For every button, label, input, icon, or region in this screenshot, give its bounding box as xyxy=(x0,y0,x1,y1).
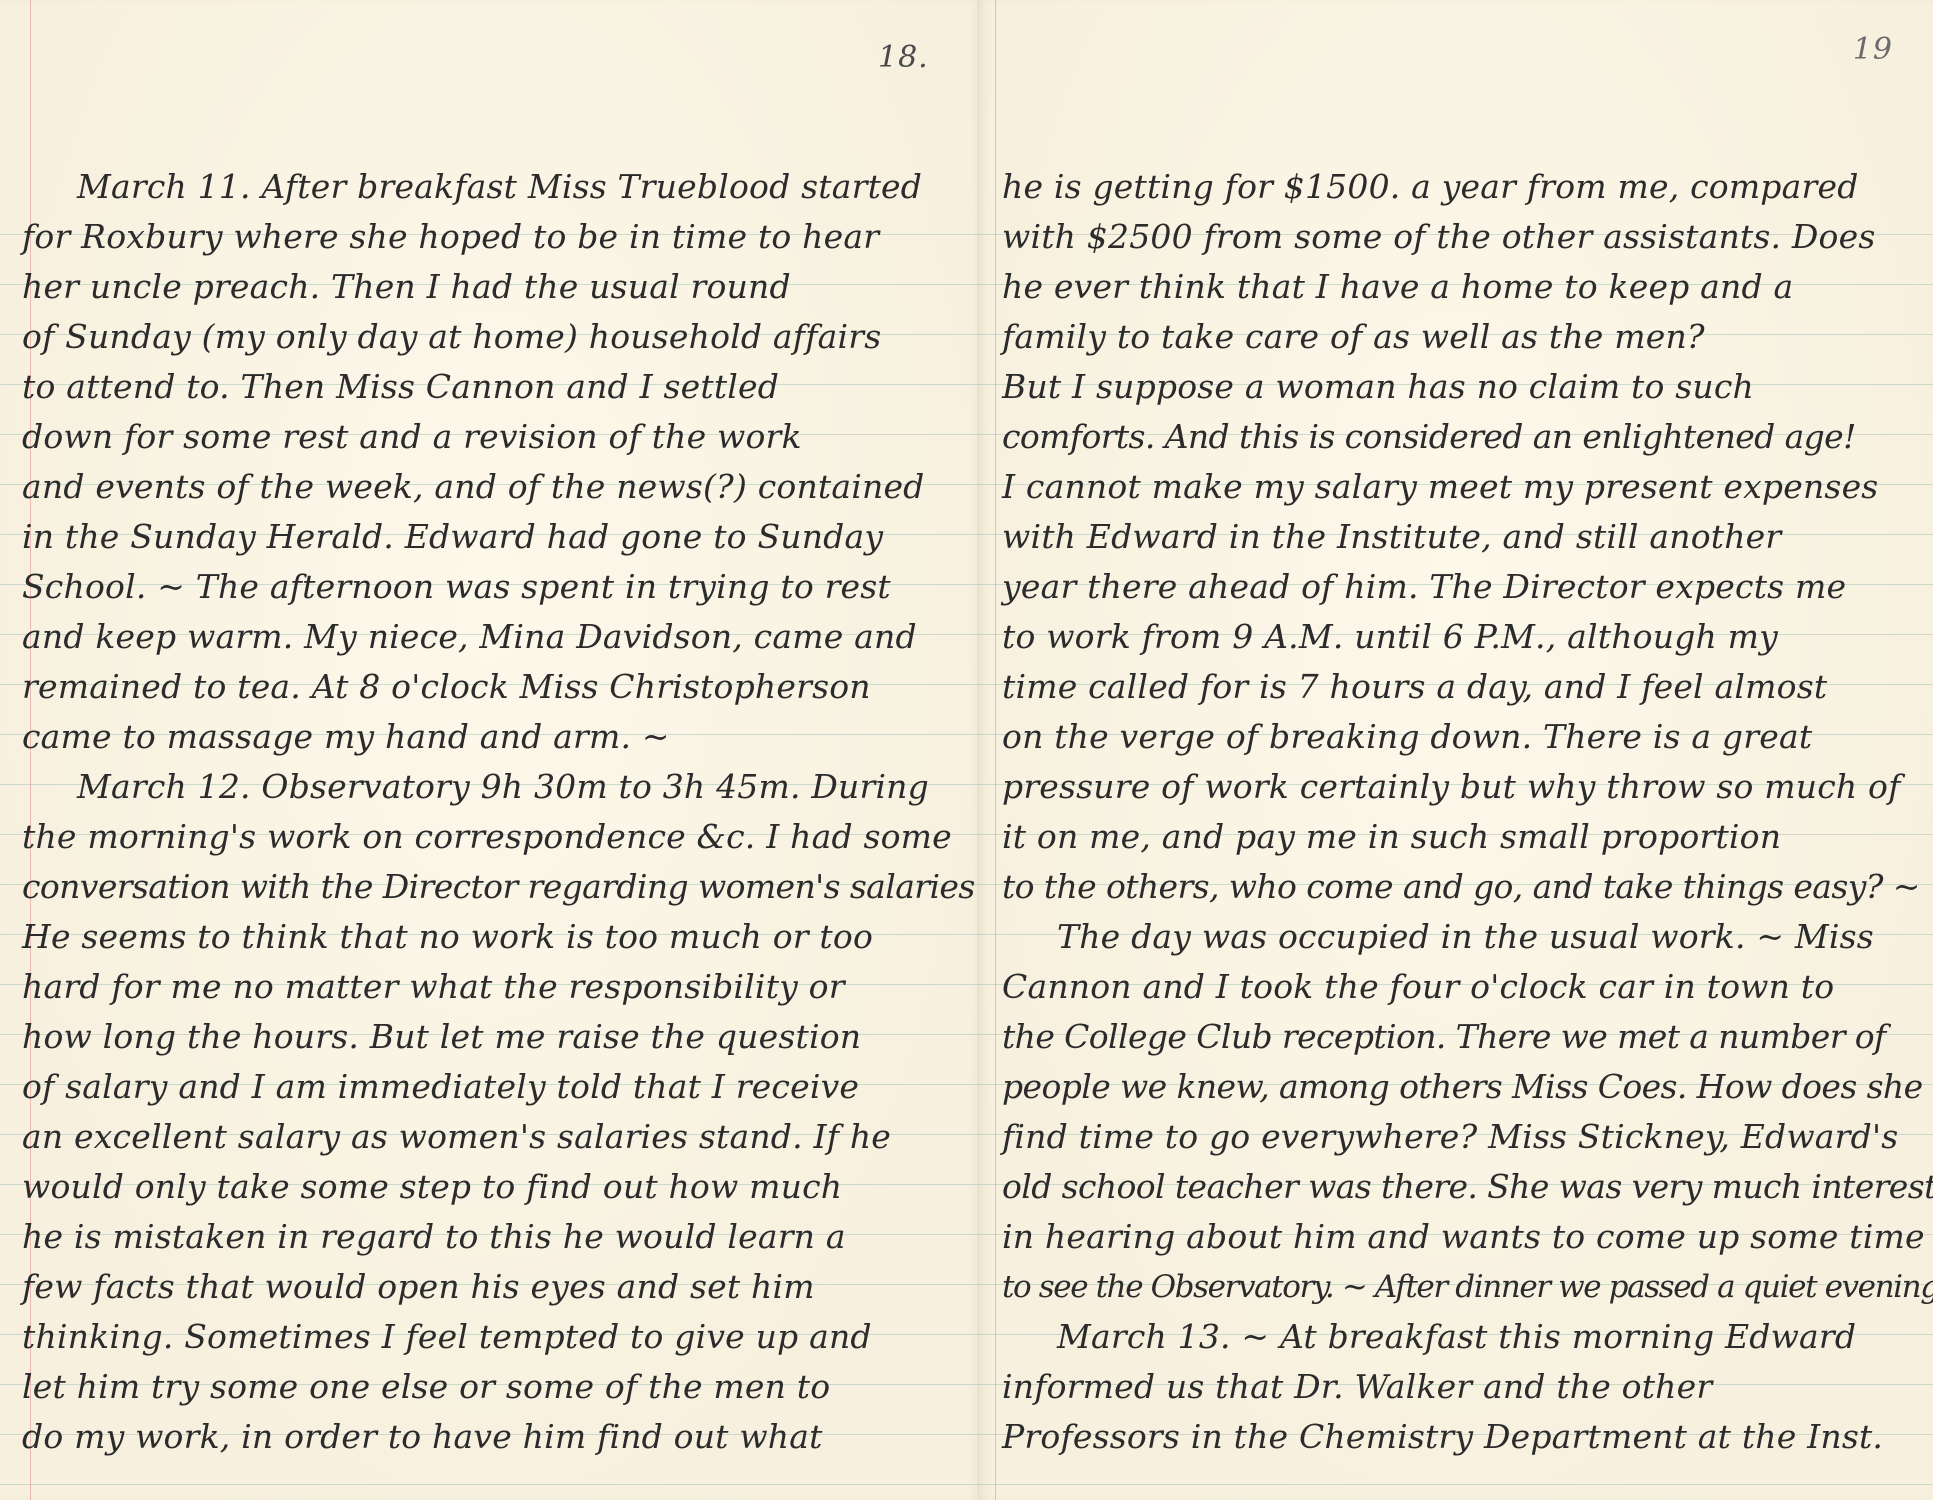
text-line: and keep warm. My niece, Mina Davidson, … xyxy=(22,612,972,662)
text-line: hard for me no matter what the responsib… xyxy=(22,962,972,1012)
text-line: with Edward in the Institute, and still … xyxy=(1002,512,1927,562)
text-line: her uncle preach. Then I had the usual r… xyxy=(22,262,972,312)
text-line: the College Club reception. There we met… xyxy=(1002,1012,1927,1062)
text-line: I cannot make my salary meet my present … xyxy=(1002,462,1927,512)
text-line: with $2500 from some of the other assist… xyxy=(1002,212,1927,262)
text-line: of Sunday (my only day at home) househol… xyxy=(22,312,972,362)
text-line: conversation with the Director regarding… xyxy=(22,862,972,912)
text-line: remained to tea. At 8 o'clock Miss Chris… xyxy=(22,662,972,712)
text-line: find time to go everywhere? Miss Stickne… xyxy=(1002,1112,1927,1162)
text-line: how long the hours. But let me raise the… xyxy=(22,1012,972,1062)
text-line: came to massage my hand and arm. ~ xyxy=(22,712,972,762)
text-line: and events of the week, and of the news(… xyxy=(22,462,972,512)
text-line: old school teacher was there. She was ve… xyxy=(1002,1162,1927,1212)
text-line: pressure of work certainly but why throw… xyxy=(1002,762,1927,812)
text-line: do my work, in order to have him find ou… xyxy=(22,1412,972,1462)
handwritten-text: he is getting for $1500. a year from me,… xyxy=(1002,162,1927,1462)
text-line: family to take care of as well as the me… xyxy=(1002,312,1927,362)
text-line: School. ~ The afternoon was spent in try… xyxy=(22,562,972,612)
text-line: to work from 9 A.M. until 6 P.M., althou… xyxy=(1002,612,1927,662)
text-line: March 11. After breakfast Miss Trueblood… xyxy=(22,162,972,212)
text-line: people we knew, among others Miss Coes. … xyxy=(1002,1062,1927,1112)
text-line: March 13. ~ At breakfast this morning Ed… xyxy=(1002,1312,1927,1362)
text-line: in hearing about him and wants to come u… xyxy=(1002,1212,1927,1262)
text-line: time called for is 7 hours a day, and I … xyxy=(1002,662,1927,712)
text-line: it on me, and pay me in such small propo… xyxy=(1002,812,1927,862)
text-line: comforts. And this is considered an enli… xyxy=(1002,412,1927,462)
text-line: let him try some one else or some of the… xyxy=(22,1362,972,1412)
text-line: few facts that would open his eyes and s… xyxy=(22,1262,972,1312)
text-line: Professors in the Chemistry Department a… xyxy=(1002,1412,1927,1462)
text-line: of salary and I am immediately told that… xyxy=(22,1062,972,1112)
text-line: thinking. Sometimes I feel tempted to gi… xyxy=(22,1312,972,1362)
text-line: an excellent salary as women's salaries … xyxy=(22,1112,972,1162)
text-line: he is mistaken in regard to this he woul… xyxy=(22,1212,972,1262)
text-line: He seems to think that no work is too mu… xyxy=(22,912,972,962)
handwritten-text: March 11. After breakfast Miss Trueblood… xyxy=(22,162,972,1462)
text-line: year there ahead of him. The Director ex… xyxy=(1002,562,1927,612)
page-number: 19 xyxy=(1853,32,1893,67)
text-line: in the Sunday Herald. Edward had gone to… xyxy=(22,512,972,562)
left-page: 18. March 11. After breakfast Miss Trueb… xyxy=(0,0,980,1500)
text-line: would only take some step to find out ho… xyxy=(22,1162,972,1212)
text-line: down for some rest and a revision of the… xyxy=(22,412,972,462)
right-page: 19 he is getting for $1500. a year from … xyxy=(980,0,1933,1500)
text-line: to attend to. Then Miss Cannon and I set… xyxy=(22,362,972,412)
notebook-spread: 18. March 11. After breakfast Miss Trueb… xyxy=(0,0,1933,1500)
text-line: the morning's work on correspondence &c.… xyxy=(22,812,972,862)
text-line: he ever think that I have a home to keep… xyxy=(1002,262,1927,312)
text-line: to the others, who come and go, and take… xyxy=(1002,862,1927,912)
text-line: for Roxbury where she hoped to be in tim… xyxy=(22,212,972,262)
margin-rule xyxy=(995,0,996,1500)
text-line: Cannon and I took the four o'clock car i… xyxy=(1002,962,1927,1012)
text-line: The day was occupied in the usual work. … xyxy=(1002,912,1927,962)
text-line: on the verge of breaking down. There is … xyxy=(1002,712,1927,762)
text-line: to see the Observatory. ~ After dinner w… xyxy=(1002,1262,1927,1312)
text-line: But I suppose a woman has no claim to su… xyxy=(1002,362,1927,412)
text-line: March 12. Observatory 9h 30m to 3h 45m. … xyxy=(22,762,972,812)
text-line: informed us that Dr. Walker and the othe… xyxy=(1002,1362,1927,1412)
text-line: he is getting for $1500. a year from me,… xyxy=(1002,162,1927,212)
page-number: 18. xyxy=(878,40,929,75)
